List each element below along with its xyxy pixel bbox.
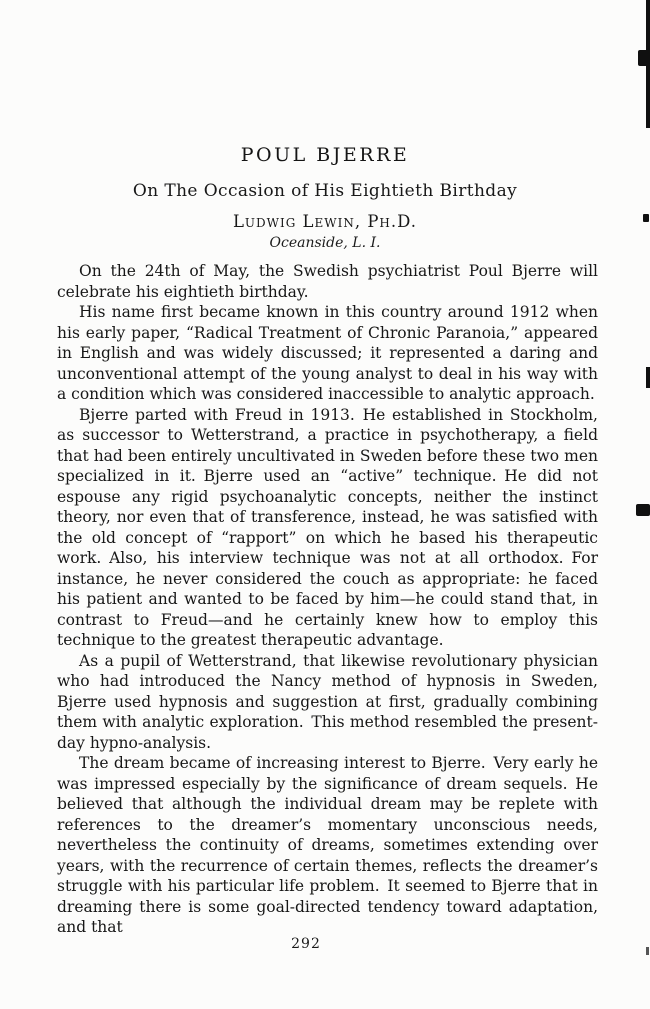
author-name: Ludwig Lewin, Ph.D. [0,212,650,231]
scan-artifact-mid-ink-blob [636,504,650,516]
paragraph: As a pupil of Wetterstrand, that likewis… [57,651,598,754]
article-title: POUL BJERRE [0,144,650,166]
page-number: 292 [0,936,612,952]
scan-artifact-bottom-speck [646,947,649,955]
paragraph: The dream became of increasing interest … [57,753,598,938]
article-body: On the 24th of May, the Swedish psychiat… [57,261,598,938]
paragraph: On the 24th of May, the Swedish psychiat… [57,261,598,302]
scanned-page: POUL BJERRE On The Occasion of His Eight… [0,0,650,1009]
scan-artifact-mid-edge-line [646,367,650,388]
author-location: Oceanside, L. I. [0,235,650,251]
scan-artifact-right-dash [643,214,649,222]
paragraph: His name first became known in this coun… [57,302,598,405]
scan-artifact-top-ink-blob [638,50,650,66]
article-subtitle: On The Occasion of His Eightieth Birthda… [0,181,650,201]
paragraph: Bjerre parted with Freud in 1913. He est… [57,405,598,651]
